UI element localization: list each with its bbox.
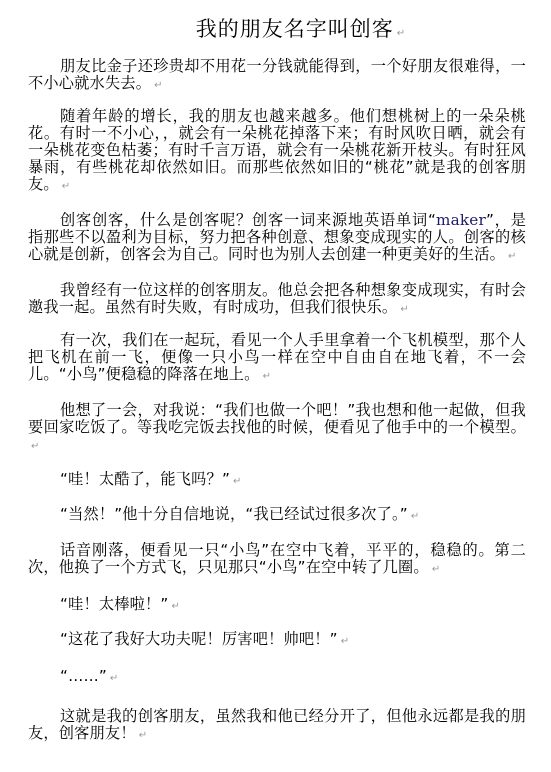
dialogue-2: “当然！”他十分自信地说，“我已经试过很多次了。”↵ [28,506,526,525]
paragraph-text: “……” [60,667,107,685]
document-title: 我的朋友名字叫创客↵ [28,16,526,47]
dialogue-1: “哇！太酷了，能飞吗？”↵ [28,471,526,490]
paragraph-text: “哇！太酷了，能飞吗？” [60,470,230,488]
paragraph-text: 朋友比金子还珍贵却不用花一分钱就能得到，一个好朋友很难得，一不小心就水失去。 [28,57,526,92]
paragraph-mark-icon: ↵ [233,476,242,487]
paragraph-4: 我曾经有一位这样的创客朋友。他总会把各种想象变成现实，有时会邀我一起。虽然有时失… [28,282,526,318]
paragraph-mark-icon: ↵ [263,371,272,382]
paragraph-mark-icon: ↵ [171,601,180,612]
paragraph-mark-icon: ↵ [397,28,406,39]
paragraph-text: “哇！太棒啦！” [60,595,168,613]
dialogue-5: “……”↵ [28,668,526,687]
paragraph-5: 有一次，我们在一起玩，看见一个人手里拿着一个飞机模型，那个人把飞机在前一飞，便像… [28,332,526,385]
paragraph-text: “当然！”他十分自信地说，“我已经试过很多次了。” [60,505,408,523]
paragraph-text: “这花了我好大功夫呢！厉害吧！帅吧！” [60,630,338,648]
paragraph-text: 话音刚落，便看见一只“小鸟”在空中飞着，平平的，稳稳的。第二次，他换了一个方式飞… [28,541,526,576]
paragraph-text: 这就是我的创客朋友，虽然我和他已经分开了，但他永远都是我的朋友，创客朋友！ [28,707,526,742]
paragraph-1: 朋友比金子还珍贵却不用花一分钱就能得到，一个好朋友很难得，一不小心就水失去。↵ [28,58,526,94]
paragraph-mark-icon: ↵ [411,511,420,522]
paragraph-mark-icon: ↵ [139,730,148,741]
paragraph-mark-icon: ↵ [154,80,163,91]
paragraph-6: 他想了一会，对我说：“我们也做一个吧！”我也想和他一起做，但我要回家吃饭了。等我… [28,402,526,455]
paragraph-mark-icon: ↵ [341,636,350,647]
paragraph-mark-icon: ↵ [31,441,40,452]
title-text: 我的朋友名字叫创客 [196,17,394,41]
paragraph-mark-icon: ↵ [508,251,517,262]
paragraph-7: 话音刚落，便看见一只“小鸟”在空中飞着，平平的，稳稳的。第二次，他换了一个方式飞… [28,542,526,578]
paragraph-mark-icon: ↵ [62,181,71,192]
paragraph-mark-icon: ↵ [432,564,441,575]
paragraph-mark-icon: ↵ [110,673,119,684]
paragraph-3: 创客创客，什么是创客呢？创客一词来源地英语单词“maker”，是指那些不以盈利为… [28,212,526,265]
paragraph-text: 创客创客，什么是创客呢？创客一词来源地英语单词“ [60,211,436,229]
dialogue-3: “哇！太棒啦！”↵ [28,596,526,615]
paragraph-mark-icon: ↵ [400,304,409,315]
english-word: maker [436,211,486,229]
paragraph-8: 这就是我的创客朋友，虽然我和他已经分开了，但他永远都是我的朋友，创客朋友！↵ [28,708,526,744]
dialogue-4: “这花了我好大功夫呢！厉害吧！帅吧！”↵ [28,631,526,650]
paragraph-text: 我曾经有一位这样的创客朋友。他总会把各种想象变成现实，有时会邀我一起。虽然有时失… [28,281,526,316]
paragraph-text: 随着年龄的增长，我的朋友也越来越多。他们想桃树上的一朵朵桃花。有时一不小心，，就… [28,107,526,193]
paragraph-text: 有一次，我们在一起玩，看见一个人手里拿着一个飞机模型，那个人把飞机在前一飞，便像… [28,331,526,383]
paragraph-text: 他想了一会，对我说：“我们也做一个吧！”我也想和他一起做，但我要回家吃饭了。等我… [28,401,526,436]
paragraph-2: 随着年龄的增长，我的朋友也越来越多。他们想桃树上的一朵朵桃花。有时一不小心，，就… [28,108,526,195]
